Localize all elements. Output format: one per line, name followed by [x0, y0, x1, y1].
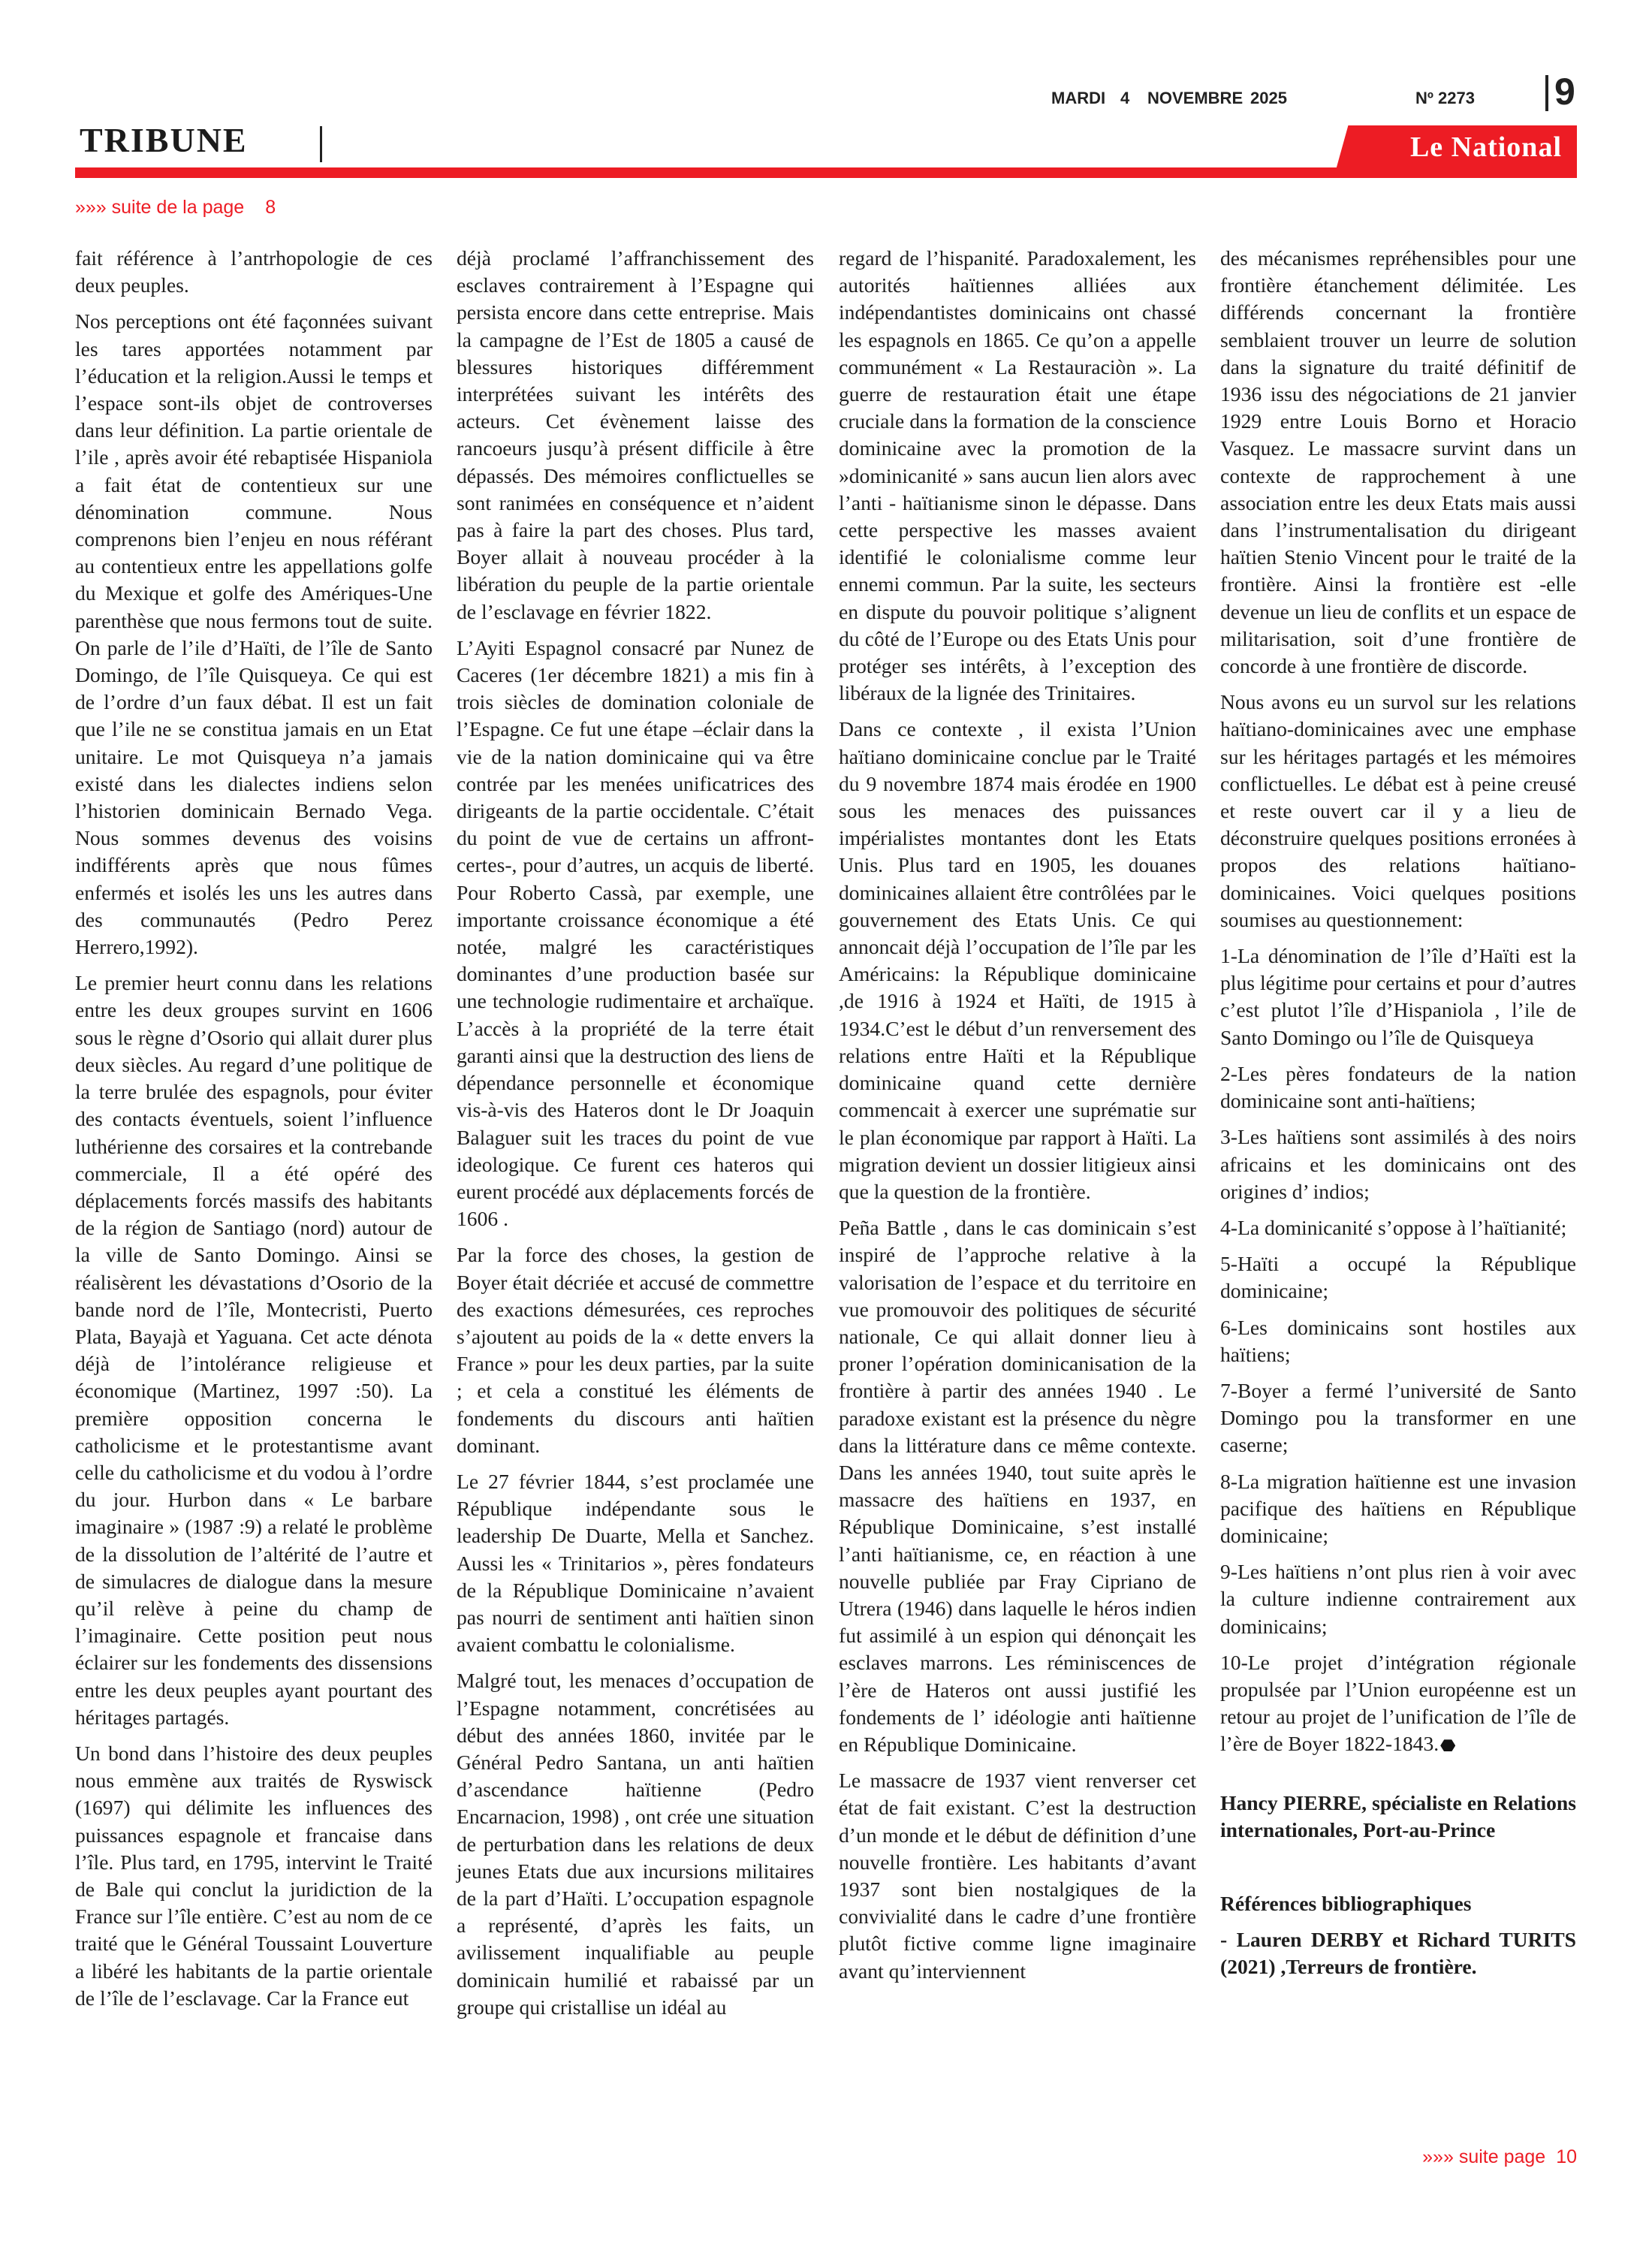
- page-number-divider: [1545, 75, 1548, 111]
- position-item-last: 10-Le projet d’intégration régionale pro…: [1220, 1649, 1576, 1758]
- page-number: 9: [1554, 69, 1575, 114]
- paragraph: Le massacre de 1937 vient renverser cet …: [839, 1767, 1196, 1985]
- newspaper-brand: Le National: [1367, 131, 1562, 164]
- paragraph: fait référence à l’antrhopologie de ces …: [75, 245, 433, 299]
- paragraph: Le 27 février 1844, s’est proclamée une …: [457, 1468, 814, 1658]
- section-title-divider: [320, 126, 322, 162]
- author-byline: Hancy PIERRE, spécialiste en Relations i…: [1220, 1790, 1576, 1844]
- issue-month: NOVEMBRE: [1147, 89, 1243, 108]
- position-item: 9-Les haïtiens n’ont plus rien à voir av…: [1220, 1558, 1576, 1640]
- issue-dateline: MARDI 4 NOVEMBRE 2025 Nº 2273: [1051, 84, 1502, 114]
- references-heading: Références bibliographiques: [1220, 1890, 1576, 1917]
- paragraph: déjà proclamé l’affranchissement des esc…: [457, 245, 814, 626]
- end-of-article-icon: [1440, 1739, 1455, 1751]
- section-title: TRIBUNE: [80, 120, 248, 160]
- paragraph: Le premier heurt connu dans les relation…: [75, 970, 433, 1731]
- paragraph: regard de l’hispanité. Paradoxalement, l…: [839, 245, 1196, 707]
- continued-from-page: 8: [265, 197, 276, 218]
- continued-to-label: »»» suite page: [1422, 2146, 1545, 2167]
- issue-number: Nº 2273: [1415, 89, 1475, 108]
- reference-item: - Lauren DERBY et Richard TURITS (2021) …: [1220, 1926, 1576, 1980]
- position-item-text: 10-Le projet d’intégration régionale pro…: [1220, 1651, 1576, 1756]
- position-item: 8-La migration haïtienne est une invasio…: [1220, 1468, 1576, 1550]
- paragraph: Nous avons eu un survol sur les relation…: [1220, 689, 1576, 933]
- position-item: 1-La dénomination de l’île d’Haïti est l…: [1220, 943, 1576, 1051]
- position-item: 7-Boyer a fermé l’université de Santo Do…: [1220, 1377, 1576, 1459]
- continued-to-page: 10: [1556, 2146, 1577, 2167]
- position-item: 5-Haïti a occupé la République dominicai…: [1220, 1250, 1576, 1304]
- article-column-2: déjà proclamé l’affranchissement des esc…: [457, 245, 814, 2030]
- issue-day: MARDI: [1051, 89, 1105, 108]
- paragraph: Dans ce contexte , il exista l’Union haï…: [839, 716, 1196, 1205]
- article-column-3: regard de l’hispanité. Paradoxalement, l…: [839, 245, 1196, 1994]
- article-column-1: fait référence à l’antrhopologie de ces …: [75, 245, 433, 2021]
- paragraph: Par la force des choses, la gestion de B…: [457, 1241, 814, 1459]
- continued-from-label: »»» suite de la page: [75, 197, 244, 218]
- continued-from-link[interactable]: »»» suite de la page8: [75, 197, 276, 219]
- position-item: 3-Les haïtiens sont assimilés à des noir…: [1220, 1123, 1576, 1205]
- paragraph: des mécanismes repréhensibles pour une f…: [1220, 245, 1576, 680]
- position-item: 2-Les pères fondateurs de la nation domi…: [1220, 1060, 1576, 1114]
- issue-date-number: 4: [1120, 89, 1129, 108]
- position-item: 4-La dominicanité s’oppose à l’haïtianit…: [1220, 1214, 1576, 1241]
- article-column-4: des mécanismes repréhensibles pour une f…: [1220, 245, 1576, 1990]
- issue-year: 2025: [1250, 89, 1287, 108]
- position-item: 6-Les dominicains sont hostiles aux haït…: [1220, 1314, 1576, 1368]
- continued-to-link[interactable]: »»» suite page10: [1412, 2146, 1577, 2168]
- paragraph: Nos perceptions ont été façonnées suivan…: [75, 308, 433, 961]
- paragraph: Un bond dans l’histoire des deux peuples…: [75, 1740, 433, 2012]
- paragraph: Peña Battle , dans le cas dominicain s’e…: [839, 1214, 1196, 1758]
- paragraph: Malgré tout, les menaces d’occupation de…: [457, 1667, 814, 2021]
- paragraph: L’Ayiti Espagnol consacré par Nunez de C…: [457, 635, 814, 1232]
